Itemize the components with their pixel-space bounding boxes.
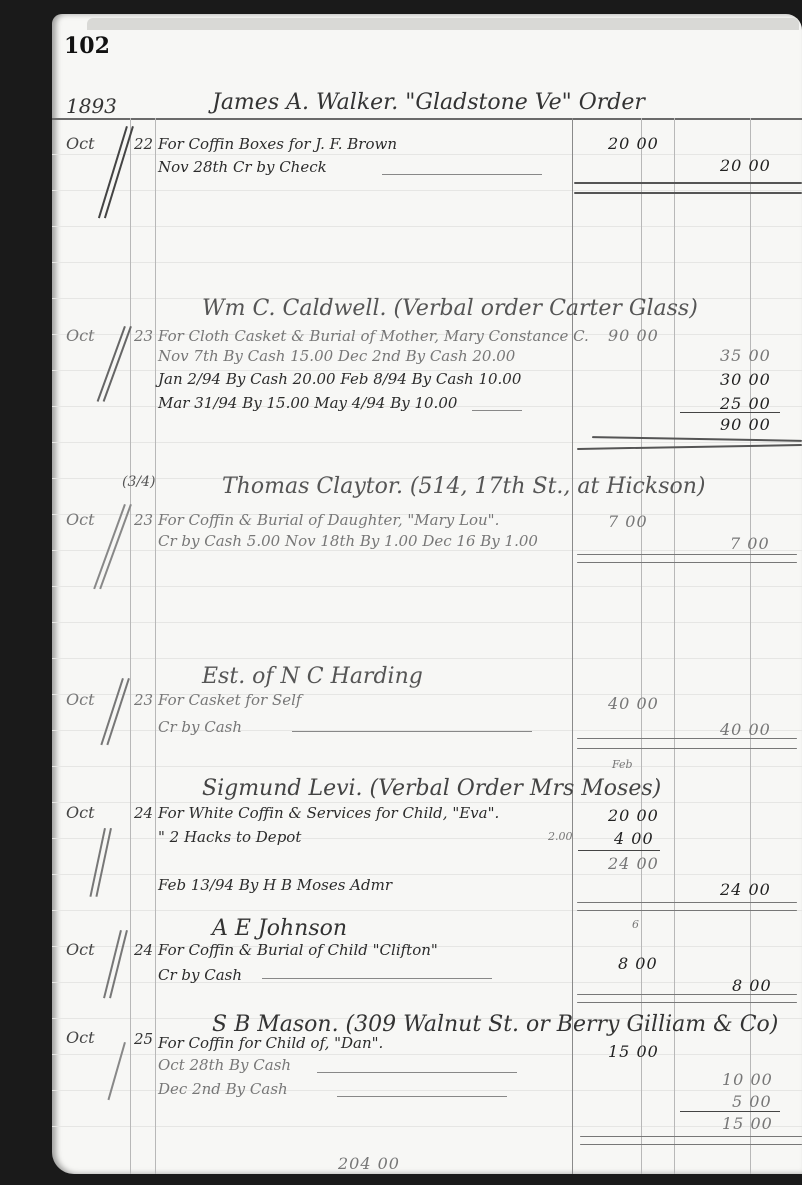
year-label: 1893 [66, 94, 117, 118]
account-name: Sigmund Levi. (Verbal Order Mrs Moses) [202, 776, 661, 801]
entry-month: Oct [66, 940, 95, 959]
entry-line: For Cloth Casket & Burial of Mother, Mar… [158, 327, 589, 345]
margin-note-feb: Feb [612, 758, 633, 771]
margin-note-mark: 6 [632, 918, 639, 931]
entry-month: Oct [66, 690, 95, 709]
entry-line: For White Coffin & Services for Child, "… [158, 804, 499, 822]
entry-line: For Coffin Boxes for J. F. Brown [158, 135, 397, 153]
entry-day: 23 [134, 511, 153, 529]
debit-amount: 20 00 [608, 134, 659, 153]
entry-day: 23 [134, 691, 153, 709]
credit-amount: 10 00 [722, 1070, 773, 1089]
entry-line: Dec 2nd By Cash [158, 1080, 288, 1098]
account-name: Thomas Claytor. (514, 17th St., at Hicks… [222, 474, 706, 499]
page-number: 102 [64, 33, 110, 59]
qty-note: 2.00 [548, 830, 573, 843]
entry-line: Nov 7th By Cash 15.00 Dec 2nd By Cash 20… [158, 347, 515, 365]
entry-line: For Coffin for Child of, "Dan". [158, 1034, 383, 1052]
debit-subtotal: 24 00 [608, 854, 659, 873]
credit-amount: 5 00 [732, 1092, 772, 1111]
credit-amount: 7 00 [730, 534, 770, 553]
entry-line: Feb 13/94 By H B Moses Admr [158, 876, 392, 894]
account-name: Est. of N C Harding [202, 664, 423, 689]
account-name: Wm C. Caldwell. (Verbal order Carter Gla… [202, 296, 698, 321]
entry-line: Cr by Cash [158, 718, 242, 736]
entry-day: 25 [134, 1030, 153, 1048]
entry-day: 22 [134, 135, 153, 153]
entry-line: " 2 Hacks to Depot [158, 828, 301, 846]
debit-amount: 4 00 [614, 829, 654, 848]
header-rule [52, 118, 802, 120]
credit-amount: 30 00 [720, 370, 771, 389]
entry-line: For Casket for Self [158, 691, 301, 709]
account-name: James A. Walker. "Gladstone Ve" Order [212, 90, 645, 115]
credit-amount: 8 00 [732, 976, 772, 995]
credit-amount: 25 00 [720, 394, 771, 413]
debit-amount: 40 00 [608, 694, 659, 713]
entry-month: Oct [66, 803, 95, 822]
credit-total: 90 00 [720, 415, 771, 434]
credit-amount: 24 00 [720, 880, 771, 899]
debit-amount: 8 00 [618, 954, 658, 973]
entry-line: Jan 2/94 By Cash 20.00 Feb 8/94 By Cash … [158, 370, 521, 388]
page-top-edge [87, 18, 799, 30]
entry-month: Oct [66, 510, 95, 529]
entry-line: Oct 28th By Cash [158, 1056, 291, 1074]
entry-month: Oct [66, 1028, 95, 1047]
entry-line: Nov 28th Cr by Check [158, 158, 327, 176]
entry-line: Cr by Cash [158, 966, 242, 984]
credit-amount: 40 00 [720, 720, 771, 739]
entry-day: 24 [134, 941, 153, 959]
credit-amount: 35 00 [720, 346, 771, 365]
day-column-line [155, 118, 156, 1174]
entry-line: Mar 31/94 By 15.00 May 4/94 By 10.00 [158, 394, 457, 412]
entry-month: Oct [66, 326, 95, 345]
entry-line: For Coffin & Burial of Daughter, "Mary L… [158, 511, 499, 529]
date-column-line [130, 118, 131, 1174]
page-total: 204 00 [338, 1154, 400, 1173]
ledger-page: 102 1893 James A. Walker. "Gladstone Ve"… [52, 14, 802, 1174]
entry-line: For Coffin & Burial of Child "Clifton" [158, 941, 438, 959]
debit-amount: 90 00 [608, 326, 659, 345]
entry-line: Cr by Cash 5.00 Nov 18th By 1.00 Dec 16 … [158, 532, 538, 550]
entry-day: 24 [134, 804, 153, 822]
debit-amount: 20 00 [608, 806, 659, 825]
debit-amount: 7 00 [608, 512, 648, 531]
side-note: (3/4) [122, 474, 155, 490]
account-name: A E Johnson [212, 916, 347, 941]
credit-total: 15 00 [722, 1114, 773, 1133]
entry-day: 23 [134, 327, 153, 345]
debit-amount: 15 00 [608, 1042, 659, 1061]
credit-amount: 20 00 [720, 156, 771, 175]
entry-month: Oct [66, 134, 95, 153]
